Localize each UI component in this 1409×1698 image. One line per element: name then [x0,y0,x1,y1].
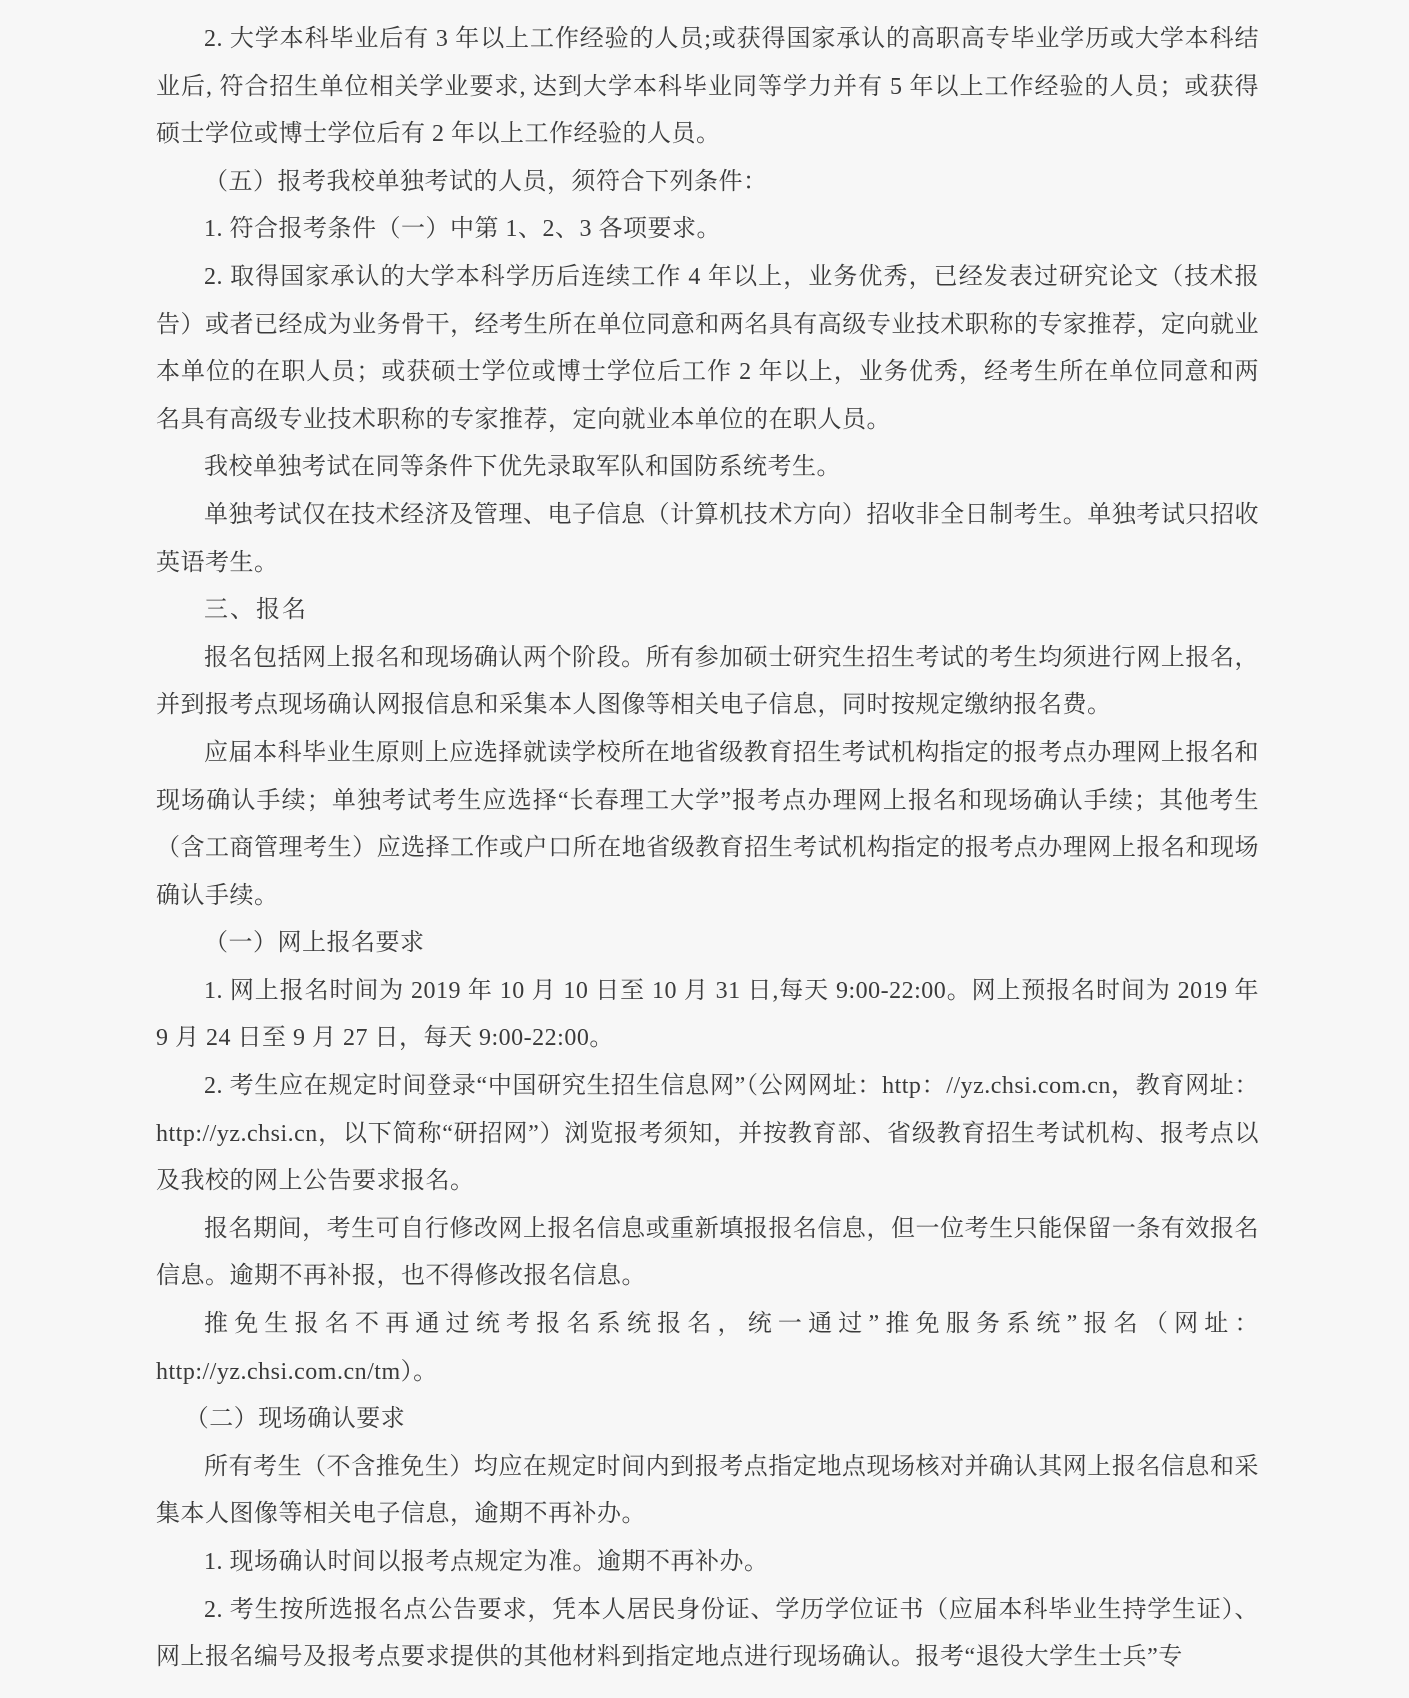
subsection-heading-online-registration: （一）网上报名要求 [156,920,1259,968]
paragraph-onsite-confirmation-materials: 2. 考生按所选报名点公告要求，凭本人居民身份证、学历学位证书（应届本科毕业生持… [156,1587,1259,1682]
document-body: 2. 大学本科毕业后有 3 年以上工作经验的人员;或获得国家承认的高职高专毕业学… [156,16,1259,1682]
paragraph-separate-exam-condition-2: 2. 取得国家承认的大学本科学历后连续工作 4 年以上，业务优秀，已经发表过研究… [156,254,1259,444]
subsection-heading-separate-exam-conditions: （五）报考我校单独考试的人员，须符合下列条件： [156,159,1259,207]
paragraph-exempt-students-system: 推免生报名不再通过统考报名系统报名，统一通过”推免服务系统”报名（网址：http… [156,1301,1259,1396]
document-page: 2. 大学本科毕业后有 3 年以上工作经验的人员;或获得国家承认的高职高专毕业学… [0,0,1409,1698]
paragraph-registration-overview: 报名包括网上报名和现场确认两个阶段。所有参加硕士研究生招生考试的考生均须进行网上… [156,635,1259,730]
paragraph-registration-website: 2. 考生应在规定时间登录“中国研究生招生信息网”（公网网址：http：//yz… [156,1063,1259,1206]
section-heading-registration: 三、报名 [156,587,1259,635]
paragraph-online-registration-time: 1. 网上报名时间为 2019 年 10 月 10 日至 10 月 31 日,每… [156,968,1259,1063]
paragraph-military-priority: 我校单独考试在同等条件下优先录取军队和国防系统考生。 [156,444,1259,492]
paragraph-separate-exam-scope: 单独考试仅在技术经济及管理、电子信息（计算机技术方向）招收非全日制考生。单独考试… [156,492,1259,587]
subsection-heading-onsite-confirmation: （二）现场确认要求 [156,1396,1259,1444]
paragraph-registration-modification: 报名期间，考生可自行修改网上报名信息或重新填报报名信息，但一位考生只能保留一条有… [156,1206,1259,1301]
paragraph-registration-point-selection: 应届本科毕业生原则上应选择就读学校所在地省级教育招生考试机构指定的报考点办理网上… [156,730,1259,920]
paragraph-onsite-confirmation-overview: 所有考生（不含推免生）均应在规定时间内到报考点指定地点现场核对并确认其网上报名信… [156,1444,1259,1539]
paragraph-separate-exam-condition-1: 1. 符合报考条件（一）中第 1、2、3 各项要求。 [156,206,1259,254]
paragraph-eligibility-work-experience: 2. 大学本科毕业后有 3 年以上工作经验的人员;或获得国家承认的高职高专毕业学… [156,16,1259,159]
paragraph-onsite-confirmation-time: 1. 现场确认时间以报考点规定为准。逾期不再补办。 [156,1539,1259,1587]
